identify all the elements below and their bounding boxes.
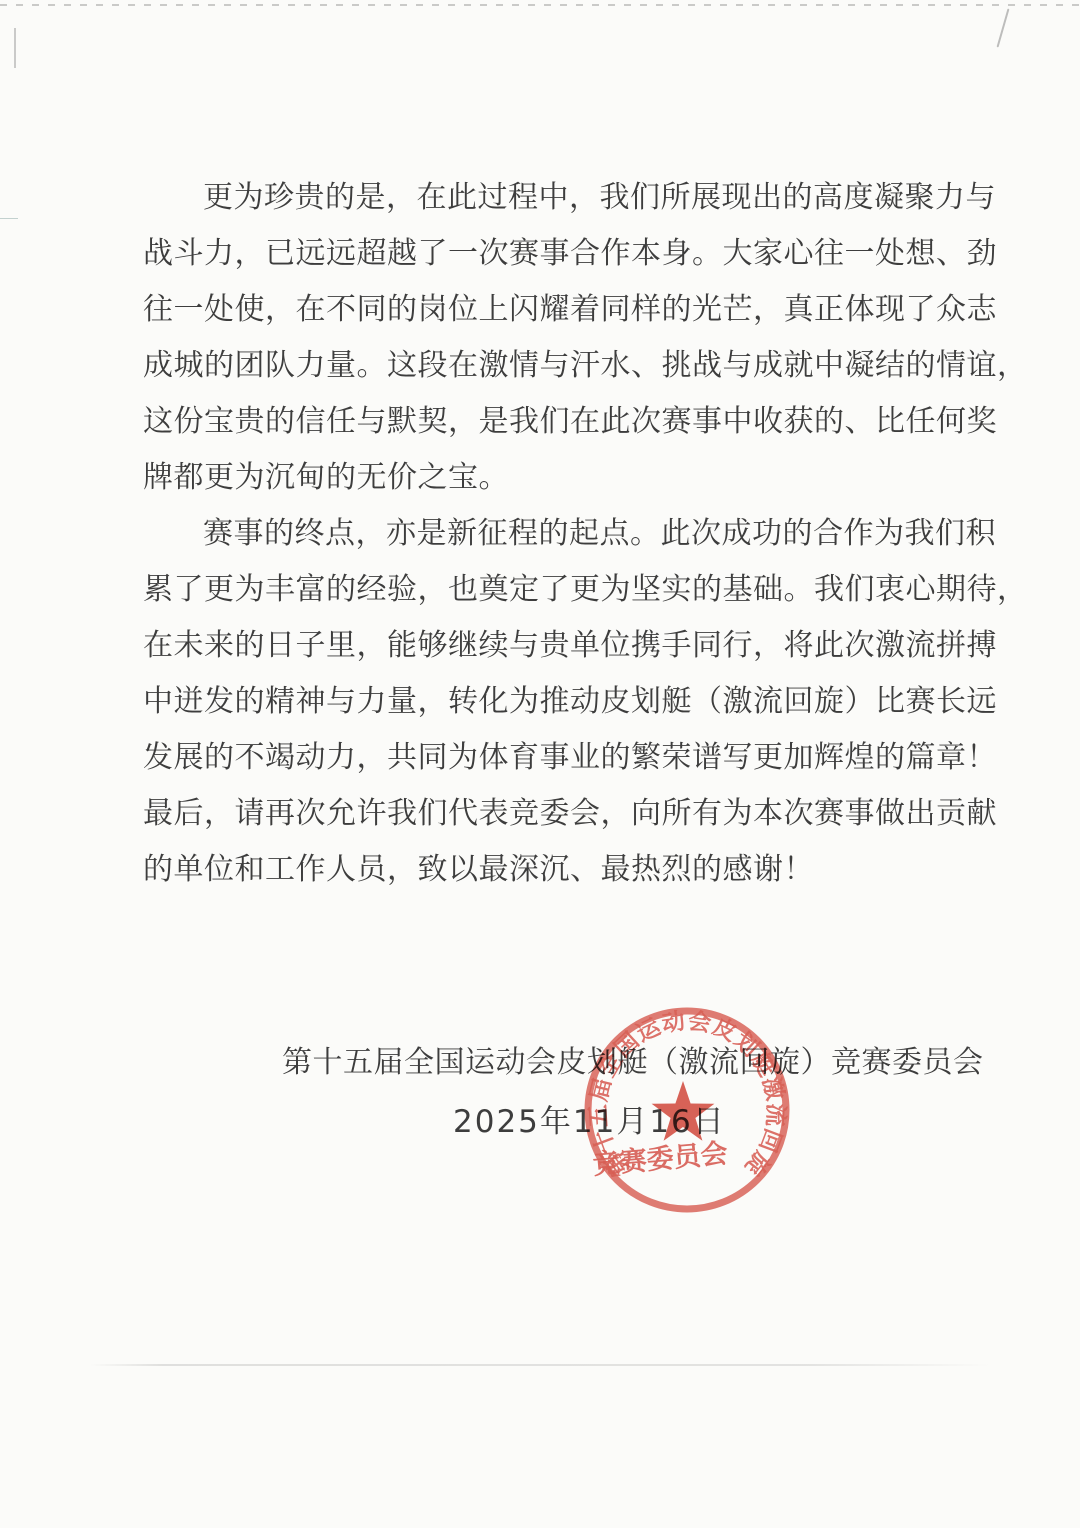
scan-artifact-top-edge: [0, 4, 1080, 6]
seal-graphic: 第十五届全国运动会皮划艇激流回旋 竞赛委员会: [577, 1000, 797, 1220]
star-icon: [652, 1081, 715, 1141]
letter-line: 往一处使，在不同的岗位上闪耀着同样的光芒，真正体现了众志: [143, 282, 971, 338]
scan-artifact-pen-mark: [997, 8, 1010, 47]
scan-artifact-left-line: [14, 28, 16, 68]
letter-line: 的单位和工作人员，致以最深沉、最热烈的感谢！: [143, 842, 971, 898]
letter-line: 发展的不竭动力，共同为体育事业的繁荣谱写更加辉煌的篇章！: [143, 730, 971, 786]
scanned-letter-page: 更为珍贵的是，在此过程中，我们所展现出的高度凝聚力与战斗力，已远远超越了一次赛事…: [0, 0, 1080, 1528]
letter-line: 牌都更为沉甸的无价之宝。: [143, 450, 971, 506]
letter-body: 更为珍贵的是，在此过程中，我们所展现出的高度凝聚力与战斗力，已远远超越了一次赛事…: [143, 170, 971, 898]
letter-line: 战斗力，已远远超越了一次赛事合作本身。大家心往一处想、劲: [143, 226, 971, 282]
letter-line: 最后，请再次允许我们代表竞委会，向所有为本次赛事做出贡献: [143, 786, 971, 842]
letter-line: 成城的团队力量。这段在激情与汗水、挑战与成就中凝结的情谊，: [143, 338, 971, 394]
scan-artifact-horizontal-line: [90, 1364, 990, 1366]
letter-line: 赛事的终点，亦是新征程的起点。此次成功的合作为我们积: [143, 506, 971, 562]
letter-line: 更为珍贵的是，在此过程中，我们所展现出的高度凝聚力与: [143, 170, 971, 226]
letter-line: 这份宝贵的信任与默契，是我们在此次赛事中收获的、比任何奖: [143, 394, 971, 450]
letter-line: 累了更为丰富的经验，也奠定了更为坚实的基础。我们衷心期待，: [143, 562, 971, 618]
scan-artifact-left-tick: [0, 218, 18, 219]
official-seal: 第十五届全国运动会皮划艇激流回旋 竞赛委员会: [577, 1000, 797, 1220]
letter-line: 在未来的日子里，能够继续与贵单位携手同行，将此次激流拼搏: [143, 618, 971, 674]
letter-line: 中迸发的精神与力量，转化为推动皮划艇（激流回旋）比赛长远: [143, 674, 971, 730]
